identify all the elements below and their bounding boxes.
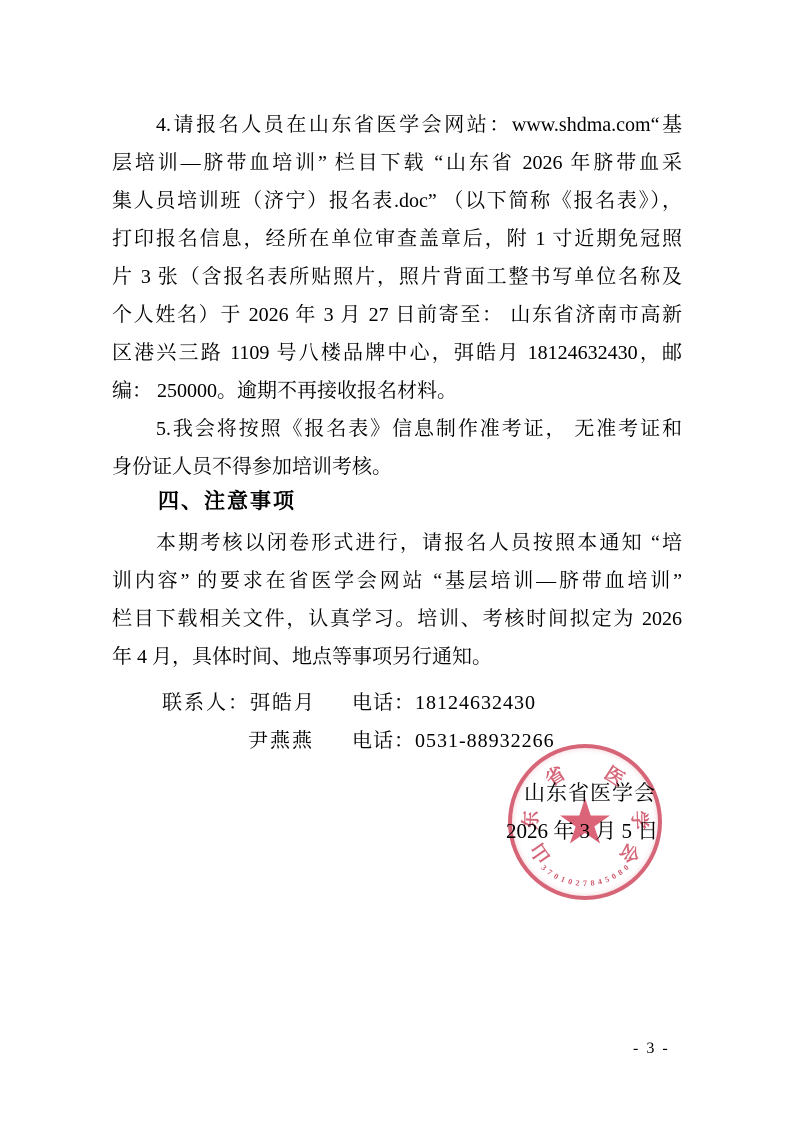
text-line: 身份证人员不得参加培训考核。 [112, 448, 682, 486]
paragraph-5: 5.我会将按照《报名表》信息制作准考证， 无准考证和 身份证人员不得参加培训考核… [112, 410, 682, 486]
notes-paragraph: 本期考核以闭卷形式进行，请报名人员按照本通知 “培 训内容” 的要求在省医学会网… [112, 524, 682, 676]
paragraph-4: 4.请报名人员在山东省医学会网站：www.shdma.com“基 层培训—脐带血… [112, 106, 682, 410]
text-line: 4.请报名人员在山东省医学会网站：www.shdma.com“基 [112, 106, 682, 144]
text-line: 5.我会将按照《报名表》信息制作准考证， 无准考证和 [112, 410, 682, 448]
text-line: 编： 250000。逾期不再接收报名材料。 [112, 372, 682, 410]
document-page: 4.请报名人员在山东省医学会网站：www.shdma.com“基 层培训—脐带血… [0, 0, 794, 1123]
contact-name: 尹燕燕 [248, 722, 314, 760]
section-heading: 四、注意事项 [158, 487, 296, 517]
text-line: 片 3 张（含报名表所贴照片，照片背面工整书写单位名称及 [112, 258, 682, 296]
text-line: 层培训—脐带血培训” 栏目下载 “山东省 2026 年脐带血采 [112, 144, 682, 182]
contact-row-1: 联系人：弭皓月 电话：18124632430 [0, 684, 794, 722]
contact-phone: 电话：18124632430 [352, 684, 536, 722]
contact-row-2: 尹燕燕 电话：0531-88932266 [0, 722, 794, 760]
signature-organization: 山东省医学会 [524, 780, 656, 806]
contact-name: 联系人：弭皓月 [162, 684, 316, 722]
text-line: 打印报名信息，经所在单位审查盖章后，附 1 寸近期免冠照 [112, 220, 682, 258]
text-line: 栏目下载相关文件，认真学习。培训、考核时间拟定为 2026 [112, 600, 682, 638]
text-line: 训内容” 的要求在省医学会网站 “基层培训—脐带血培训” [112, 562, 682, 600]
text-line: 集人员培训班（济宁）报名表.doc” （以下简称《报名表》）， [112, 182, 682, 220]
text-line: 区港兴三路 1109 号八楼品牌中心，弭皓月 18124632430，邮 [112, 334, 682, 372]
signature-date: 2026 年 3 月 5 日 [506, 818, 658, 844]
text-line: 个人姓名）于 2026 年 3 月 27 日前寄至： 山东省济南市高新 [112, 296, 682, 334]
text-line: 本期考核以闭卷形式进行，请报名人员按照本通知 “培 [112, 524, 682, 562]
text-line: 年 4 月，具体时间、地点等事项另行通知。 [112, 638, 682, 676]
page-number: - 3 - [633, 1038, 670, 1060]
